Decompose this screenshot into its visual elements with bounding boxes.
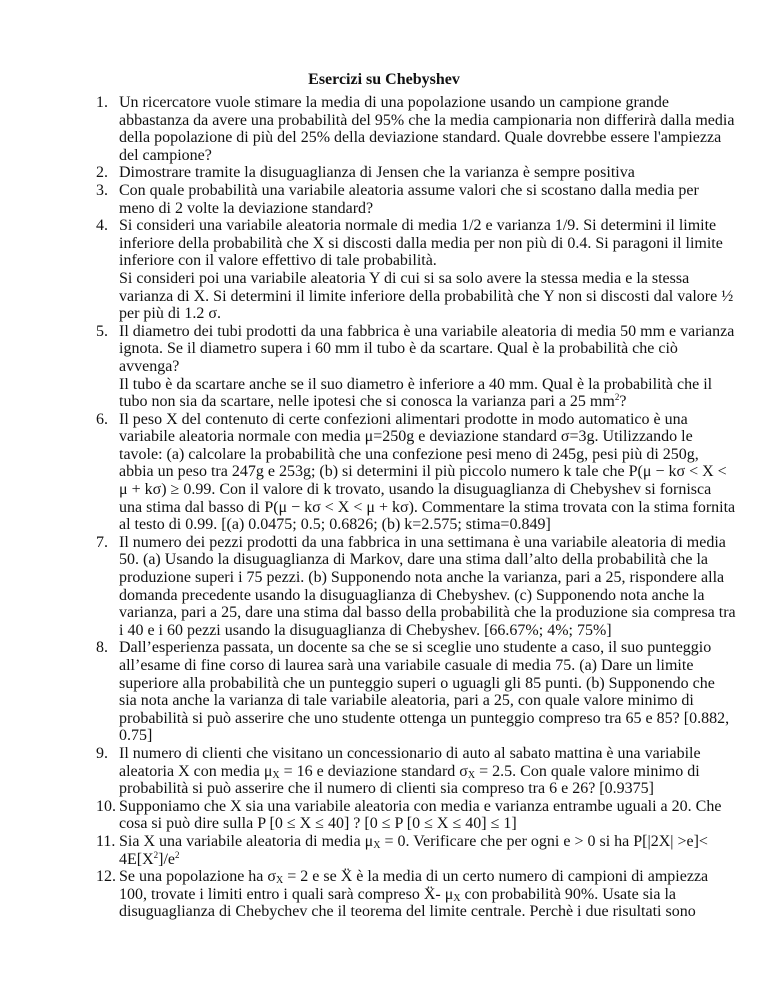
text-segment: = 16 e deviazione standard σ [280, 763, 468, 780]
text-segment: tubo non sia da scartare, nelle ipotesi … [119, 393, 615, 410]
item-text-line: i 40 e i 60 pezzi usando la disuguaglian… [119, 622, 768, 640]
text-segment: ]/e [158, 851, 175, 868]
text-segment: aleatoria X con media μ [119, 763, 272, 780]
superscript: 2 [175, 850, 180, 860]
item-text-line: Un ricercatore vuole stimare la media di… [119, 94, 768, 112]
document-page: Esercizi su Chebyshev 1. Un ricercatore … [0, 0, 768, 994]
item-text-line: meno di 2 volte la deviazione standard? [119, 200, 768, 218]
item-number: 2. [96, 164, 108, 182]
item-text-line: inferiore della probabilità che X si dis… [119, 235, 768, 253]
item-text-line: Si consideri una variabile aleatoria nor… [119, 217, 768, 235]
item-text-line: cosa si può dire sulla P [0 ≤ X ≤ 40] ? … [119, 815, 768, 833]
text-segment: = 2.5. Con quale valore minimo di [475, 763, 700, 780]
item-text-line: disuguaglianza di Chebychev che il teore… [119, 903, 768, 921]
item-text-line: domanda precedente usando la disuguaglia… [119, 587, 768, 605]
text-segment: Se una popolazione ha σ [119, 868, 276, 885]
item-text-line: Il numero di clienti che visitano un con… [119, 745, 768, 763]
exercise-item-12: 12. Se una popolazione ha σX = 2 e se Ẍ … [0, 868, 768, 921]
subscript: X [453, 893, 460, 904]
item-number: 5. [96, 323, 108, 341]
item-text-line: Sia X una variabile aleatoria di media μ… [119, 833, 768, 851]
item-number: 11. [96, 833, 115, 851]
item-text-line: per più di 1.2 σ. [119, 305, 768, 323]
item-text-line: 0.75] [119, 727, 768, 745]
document-title: Esercizi su Chebyshev [0, 71, 768, 89]
item-text-line: 50. (a) Usando la disuguaglianza di Mark… [119, 551, 768, 569]
item-text-line: della popolazione di più del 25% della d… [119, 129, 768, 147]
item-text-line: Dall’esperienza passata, un docente sa c… [119, 639, 768, 657]
exercise-item-4: 4. Si consideri una variabile aleatoria … [0, 217, 768, 323]
exercise-item-9: 9. Il numero di clienti che visitano un … [0, 745, 768, 798]
item-text-line: abbia un peso tra 247g e 253g; (b) si de… [119, 463, 768, 481]
item-text-line: superiore alla probabilità che un punteg… [119, 675, 768, 693]
item-text-line: Con quale probabilità una variabile alea… [119, 182, 768, 200]
text-segment: Sia X una variabile aleatoria di media μ [119, 833, 373, 850]
item-text-line: tubo non sia da scartare, nelle ipotesi … [119, 393, 768, 411]
text-segment: 100, trovate i limiti entro i quali sarà… [119, 886, 453, 903]
exercise-item-8: 8. Dall’esperienza passata, un docente s… [0, 639, 768, 745]
item-text-line: del campione? [119, 147, 768, 165]
exercise-item-5: 5. Il diametro dei tubi prodotti da una … [0, 323, 768, 411]
subscript: X [373, 840, 380, 851]
item-text-line: tavole: (a) calcolare la probabilità che… [119, 446, 768, 464]
item-number: 1. [96, 94, 108, 112]
item-text-line: ignota. Se il diametro supera i 60 mm il… [119, 340, 768, 358]
item-text-line: produzione superi i 75 pezzi. (b) Suppon… [119, 569, 768, 587]
item-text-line: Si consideri poi una variabile aleatoria… [119, 270, 768, 288]
item-text-line: 4E[X2]/e2 [119, 851, 768, 869]
item-number: 3. [96, 182, 108, 200]
item-number: 8. [96, 639, 108, 657]
item-number: 4. [96, 217, 108, 235]
item-text-line: variabile aleatoria normale con media μ=… [119, 428, 768, 446]
item-number: 6. [96, 411, 108, 429]
exercise-item-10: 10. Supponiamo che X sia una variabile a… [0, 798, 768, 833]
item-number: 10. [96, 798, 116, 816]
item-text-line: Supponiamo che X sia una variabile aleat… [119, 798, 768, 816]
item-text-line: sia nota anche la varianza di tale varia… [119, 692, 768, 710]
item-number: 7. [96, 534, 108, 552]
item-text-line: Il peso X del contenuto di certe confezi… [119, 411, 768, 429]
text-segment: = 2 e se Ẍ è la media di un certo numero… [283, 868, 708, 885]
exercise-item-7: 7. Il numero dei pezzi prodotti da una f… [0, 534, 768, 640]
exercise-item-11: 11. Sia X una variabile aleatoria di med… [0, 833, 768, 868]
text-segment: con probabilità 90%. Usate sia la [461, 886, 677, 903]
exercise-item-1: 1. Un ricercatore vuole stimare la media… [0, 94, 768, 164]
item-text-line: Dimostrare tramite la disuguaglianza di … [119, 164, 768, 182]
item-text-line: varianza di X. Si determini il limite in… [119, 288, 768, 306]
item-text-line: aleatoria X con media μX = 16 e deviazio… [119, 763, 768, 781]
text-segment: ? [619, 393, 626, 410]
item-text-line: al testo di 0.99. [(a) 0.0475; 0.5; 0.68… [119, 516, 768, 534]
item-text-line: Il numero dei pezzi prodotti da una fabb… [119, 534, 768, 552]
item-number: 12. [96, 868, 116, 886]
exercise-item-2: 2. Dimostrare tramite la disuguaglianza … [0, 164, 768, 182]
item-text-line: Il tubo è da scartare anche se il suo di… [119, 376, 768, 394]
subscript: X [272, 770, 279, 781]
item-text-line: abbastanza da avere una probabilità del … [119, 112, 768, 130]
item-text-line: all’esame di fine corso di laurea sarà u… [119, 657, 768, 675]
item-text-line: una stima dal basso di P(μ − kσ < X < μ … [119, 499, 768, 517]
item-text-line: Se una popolazione ha σX = 2 e se Ẍ è la… [119, 868, 768, 886]
item-number: 9. [96, 745, 108, 763]
exercise-item-3: 3. Con quale probabilità una variabile a… [0, 182, 768, 217]
item-text-line: inferiore con il valore effettivo di tal… [119, 252, 768, 270]
item-text-line: probabilità si può asserire che il numer… [119, 780, 768, 798]
text-segment: = 0. Verificare che per ogni e > 0 si ha… [381, 833, 708, 850]
exercise-item-6: 6. Il peso X del contenuto di certe conf… [0, 411, 768, 534]
item-text-line: μ + kσ) ≥ 0.99. Con il valore di k trova… [119, 481, 768, 499]
item-text-line: Il diametro dei tubi prodotti da una fab… [119, 323, 768, 341]
item-text-line: 100, trovate i limiti entro i quali sarà… [119, 886, 768, 904]
item-text-line: probabilità si può asserire che uno stud… [119, 710, 768, 728]
exercise-list: 1. Un ricercatore vuole stimare la media… [0, 94, 768, 921]
item-text-line: avvenga? [119, 358, 768, 376]
item-text-line: varianza, pari a 25, dare una stima dal … [119, 604, 768, 622]
text-segment: 4E[X [119, 851, 154, 868]
